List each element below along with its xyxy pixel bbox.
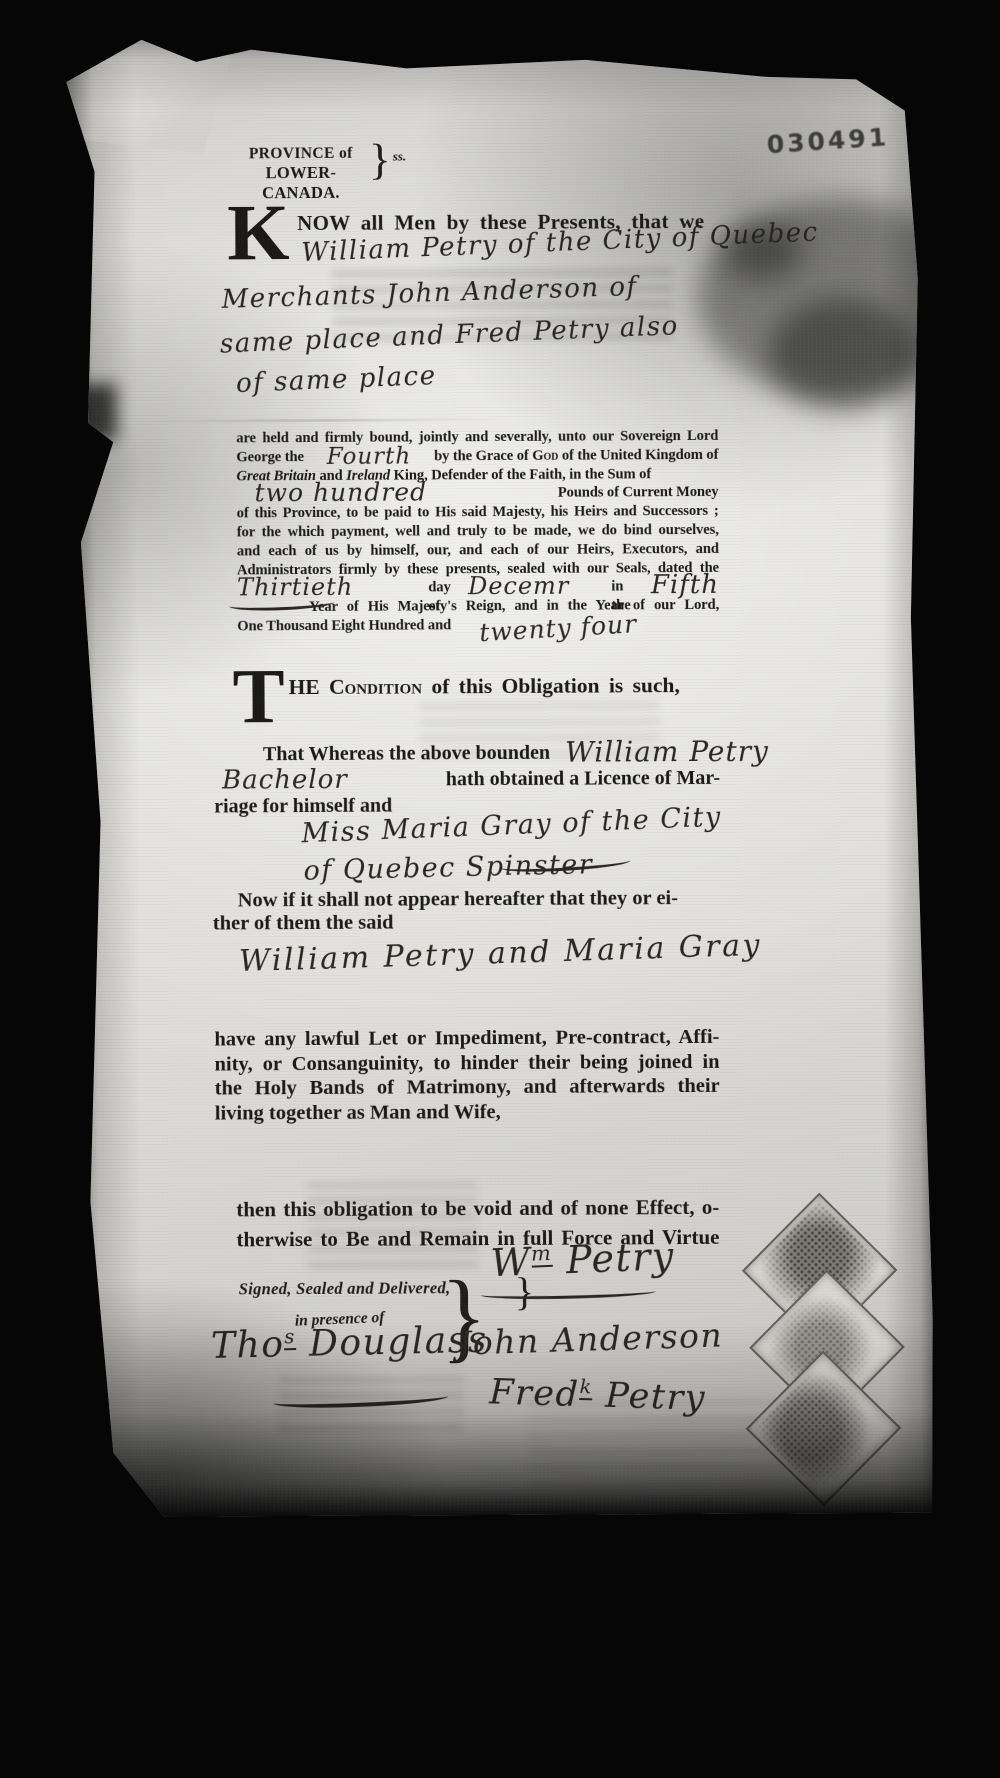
handwritten-year: twenty four (479, 624, 637, 633)
bond-line-7: and each of us by himself, our, and each… (237, 540, 719, 561)
condition-heading-c: of this Obligation is such, (422, 673, 680, 698)
sig-fred-sup: k (579, 1375, 593, 1400)
sig-wm-sup: m (530, 1241, 552, 1268)
bond-line-4-text: Pounds of Current Money (558, 483, 719, 503)
signature-wm-petry: Wm Petry (490, 1234, 676, 1285)
document-paper: 030491 PROVINCE of LOWER-CANADA. } ss. K… (66, 18, 939, 1518)
sig-wm-rest: Petry (552, 1234, 676, 1283)
handwritten-day: Thirtieth (237, 587, 353, 588)
handwritten-couple-names: William Petry and Maria Gray (239, 928, 763, 979)
condition-heading-word: Condition (329, 674, 422, 698)
bond-line-2-b1: by the Grace of (434, 448, 532, 465)
ink-stain-core (768, 298, 919, 409)
signature-wm-underline (481, 1286, 656, 1301)
edge-notch (62, 384, 116, 440)
impediment-line-3: the Holy Bands of Matrimony, and afterwa… (215, 1074, 720, 1101)
header-ss-abbrev: ss. (393, 148, 406, 164)
bond-line-11: One Thousand Eight Hundred and twenty fo… (237, 615, 719, 636)
bond-line-2: George the Fourth by the Grace of God of… (236, 446, 718, 467)
handwritten-bride-line-2: of Quebec Spinster (303, 849, 593, 887)
whereas-line-2-text: hath obtained a Licence of Mar- (446, 767, 720, 791)
signature-fred-petry: Fredk Petry (489, 1372, 707, 1418)
impediment-line-2: nity, or Consanguinity, to hinder their … (214, 1049, 719, 1076)
bond-line-6: for the which payment, well and truly to… (237, 521, 719, 542)
bond-line-1: are held and firmly bound, jointly and s… (236, 427, 718, 448)
province-line-1: PROVINCE of (231, 145, 371, 164)
bond-line-11-text: One Thousand Eight Hundred and (237, 616, 451, 636)
handwritten-party-line-4: of same place (235, 361, 437, 399)
document-serial-stamp: 030491 (766, 122, 890, 159)
whereas-line-1: That Whereas the above bounden William P… (263, 741, 769, 767)
torn-corner-fold (66, 21, 242, 154)
handwritten-groom-name: William Petry (565, 735, 769, 769)
whereas-line-2: Bachelor hath obtained a Licence of Mar- (222, 767, 720, 793)
sig-fred-pre: Fred (489, 1372, 580, 1415)
signed-sealed-label: Signed, Sealed and Delivered, (239, 1278, 451, 1299)
bond-line-2-god: God (532, 448, 558, 464)
impediment-paragraph: have any lawful Let or Impediment, Pre-c… (214, 1025, 720, 1126)
drop-cap-k: K (227, 193, 290, 273)
signature-john-anderson: John Anderson (457, 1315, 723, 1362)
bond-line-4: two hundred Pounds of Current Money (237, 483, 719, 504)
void-line-1: then this obligation to be void and of n… (236, 1192, 719, 1225)
impediment-line-1: have any lawful Let or Impediment, Pre-c… (214, 1025, 719, 1052)
condition-heading-a: HE (289, 675, 330, 699)
sig-wm-pre: W (490, 1240, 532, 1286)
bond-line-3-rest: King, Defender of the Faith, in the Sum … (390, 466, 651, 483)
now-if-line-1: Now if it shall not appear hereafter tha… (238, 887, 678, 912)
whereas-line-1-text: That Whereas the above bounden (263, 742, 550, 766)
now-if-line-2: ther of them the said (213, 912, 394, 936)
header-brace: } (369, 138, 391, 182)
impediment-line-4: living together as Man and Wife, (215, 1099, 720, 1126)
drop-cap-t: T (232, 657, 284, 735)
condition-heading: HE Condition of this Obligation is such, (289, 673, 680, 700)
sig-witness-pre: Tho (211, 1324, 285, 1367)
scanned-document-page: 030491 PROVINCE of LOWER-CANADA. } ss. K… (0, 0, 1000, 1778)
bond-line-2-text-b: by the Grace of God of the United Kingdo… (434, 446, 718, 466)
sig-witness-sup: s (284, 1325, 296, 1350)
handwritten-groom-status: Bachelor (222, 780, 348, 781)
signature-witness-douglass: Thos Douglass (211, 1320, 489, 1367)
bond-line-2-b3: of the United Kingdom of (558, 447, 718, 464)
handwritten-month: Decemr (468, 586, 569, 587)
bond-line-9: Thirtieth day of Decemr in the Fifth (237, 577, 719, 598)
handwritten-sum: two hundred (255, 493, 427, 494)
sig-fred-rest: Petry (592, 1375, 707, 1418)
bond-line-2-text-a: George the (236, 448, 304, 467)
fold-crease (68, 418, 498, 423)
